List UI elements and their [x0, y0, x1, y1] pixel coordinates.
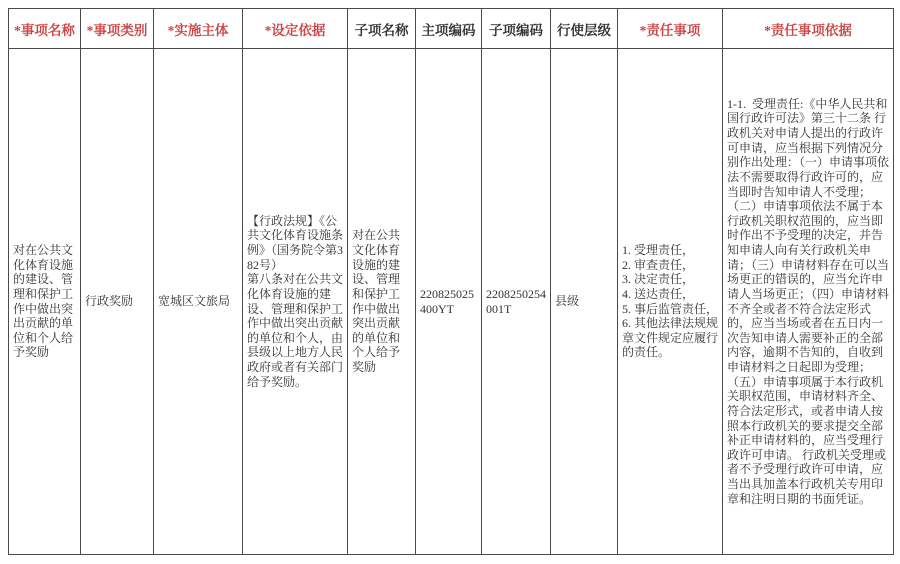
- cell-responsibility-basis: 1-1. 受理责任:《中华人民共和国行政许可法》第三十二条 行政机关对申请人提出…: [723, 49, 894, 555]
- cell-implementing-body: 宽城区文旅局: [154, 49, 243, 555]
- cell-responsibility-items: 1. 受理责任， 2. 审查责任， 3. 决定责任， 4. 送达责任， 5. 事…: [618, 49, 723, 555]
- col-header-responsibility-basis: *责任事项依据: [723, 9, 894, 49]
- header-row: *事项名称 *事项类别 *实施主体 *设定依据 子项名称 主项编码 子项编码 行…: [9, 9, 894, 49]
- cell-exercise-level: 县级: [551, 49, 618, 555]
- col-header-responsibility-items: *责任事项: [618, 9, 723, 49]
- col-header-sub-item-code: 子项编码: [482, 9, 551, 49]
- table-row: 对在公共文化体育设施的建设、管理和保护工作中做出突出贡献的单位和个人给予奖励 行…: [9, 49, 894, 555]
- page-background: *事项名称 *事项类别 *实施主体 *设定依据 子项名称 主项编码 子项编码 行…: [0, 0, 900, 564]
- col-header-main-item-code: 主项编码: [416, 9, 482, 49]
- cell-setting-basis: 【行政法规】《公共文化体育设施条例》（国务院令第382号） 第八条对在公共文化体…: [243, 49, 348, 555]
- col-header-setting-basis: *设定依据: [243, 9, 348, 49]
- cell-sub-item-name: 对在公共文化体育设施的建设、管理和保护工作中做出突出贡献的单位和个人给予奖励: [348, 49, 416, 555]
- col-header-exercise-level: 行使层级: [551, 9, 618, 49]
- cell-item-category: 行政奖励: [81, 49, 154, 555]
- col-header-item-name: *事项名称: [9, 9, 81, 49]
- cell-item-name: 对在公共文化体育设施的建设、管理和保护工作中做出突出贡献的单位和个人给予奖励: [9, 49, 81, 555]
- col-header-item-category: *事项类别: [81, 9, 154, 49]
- col-header-sub-item-name: 子项名称: [348, 9, 416, 49]
- cell-sub-item-code: 2208250254001T: [482, 49, 551, 555]
- col-header-implementing-body: *实施主体: [154, 9, 243, 49]
- service-matter-table: *事项名称 *事项类别 *实施主体 *设定依据 子项名称 主项编码 子项编码 行…: [8, 8, 894, 555]
- cell-main-item-code: 220825025400YT: [416, 49, 482, 555]
